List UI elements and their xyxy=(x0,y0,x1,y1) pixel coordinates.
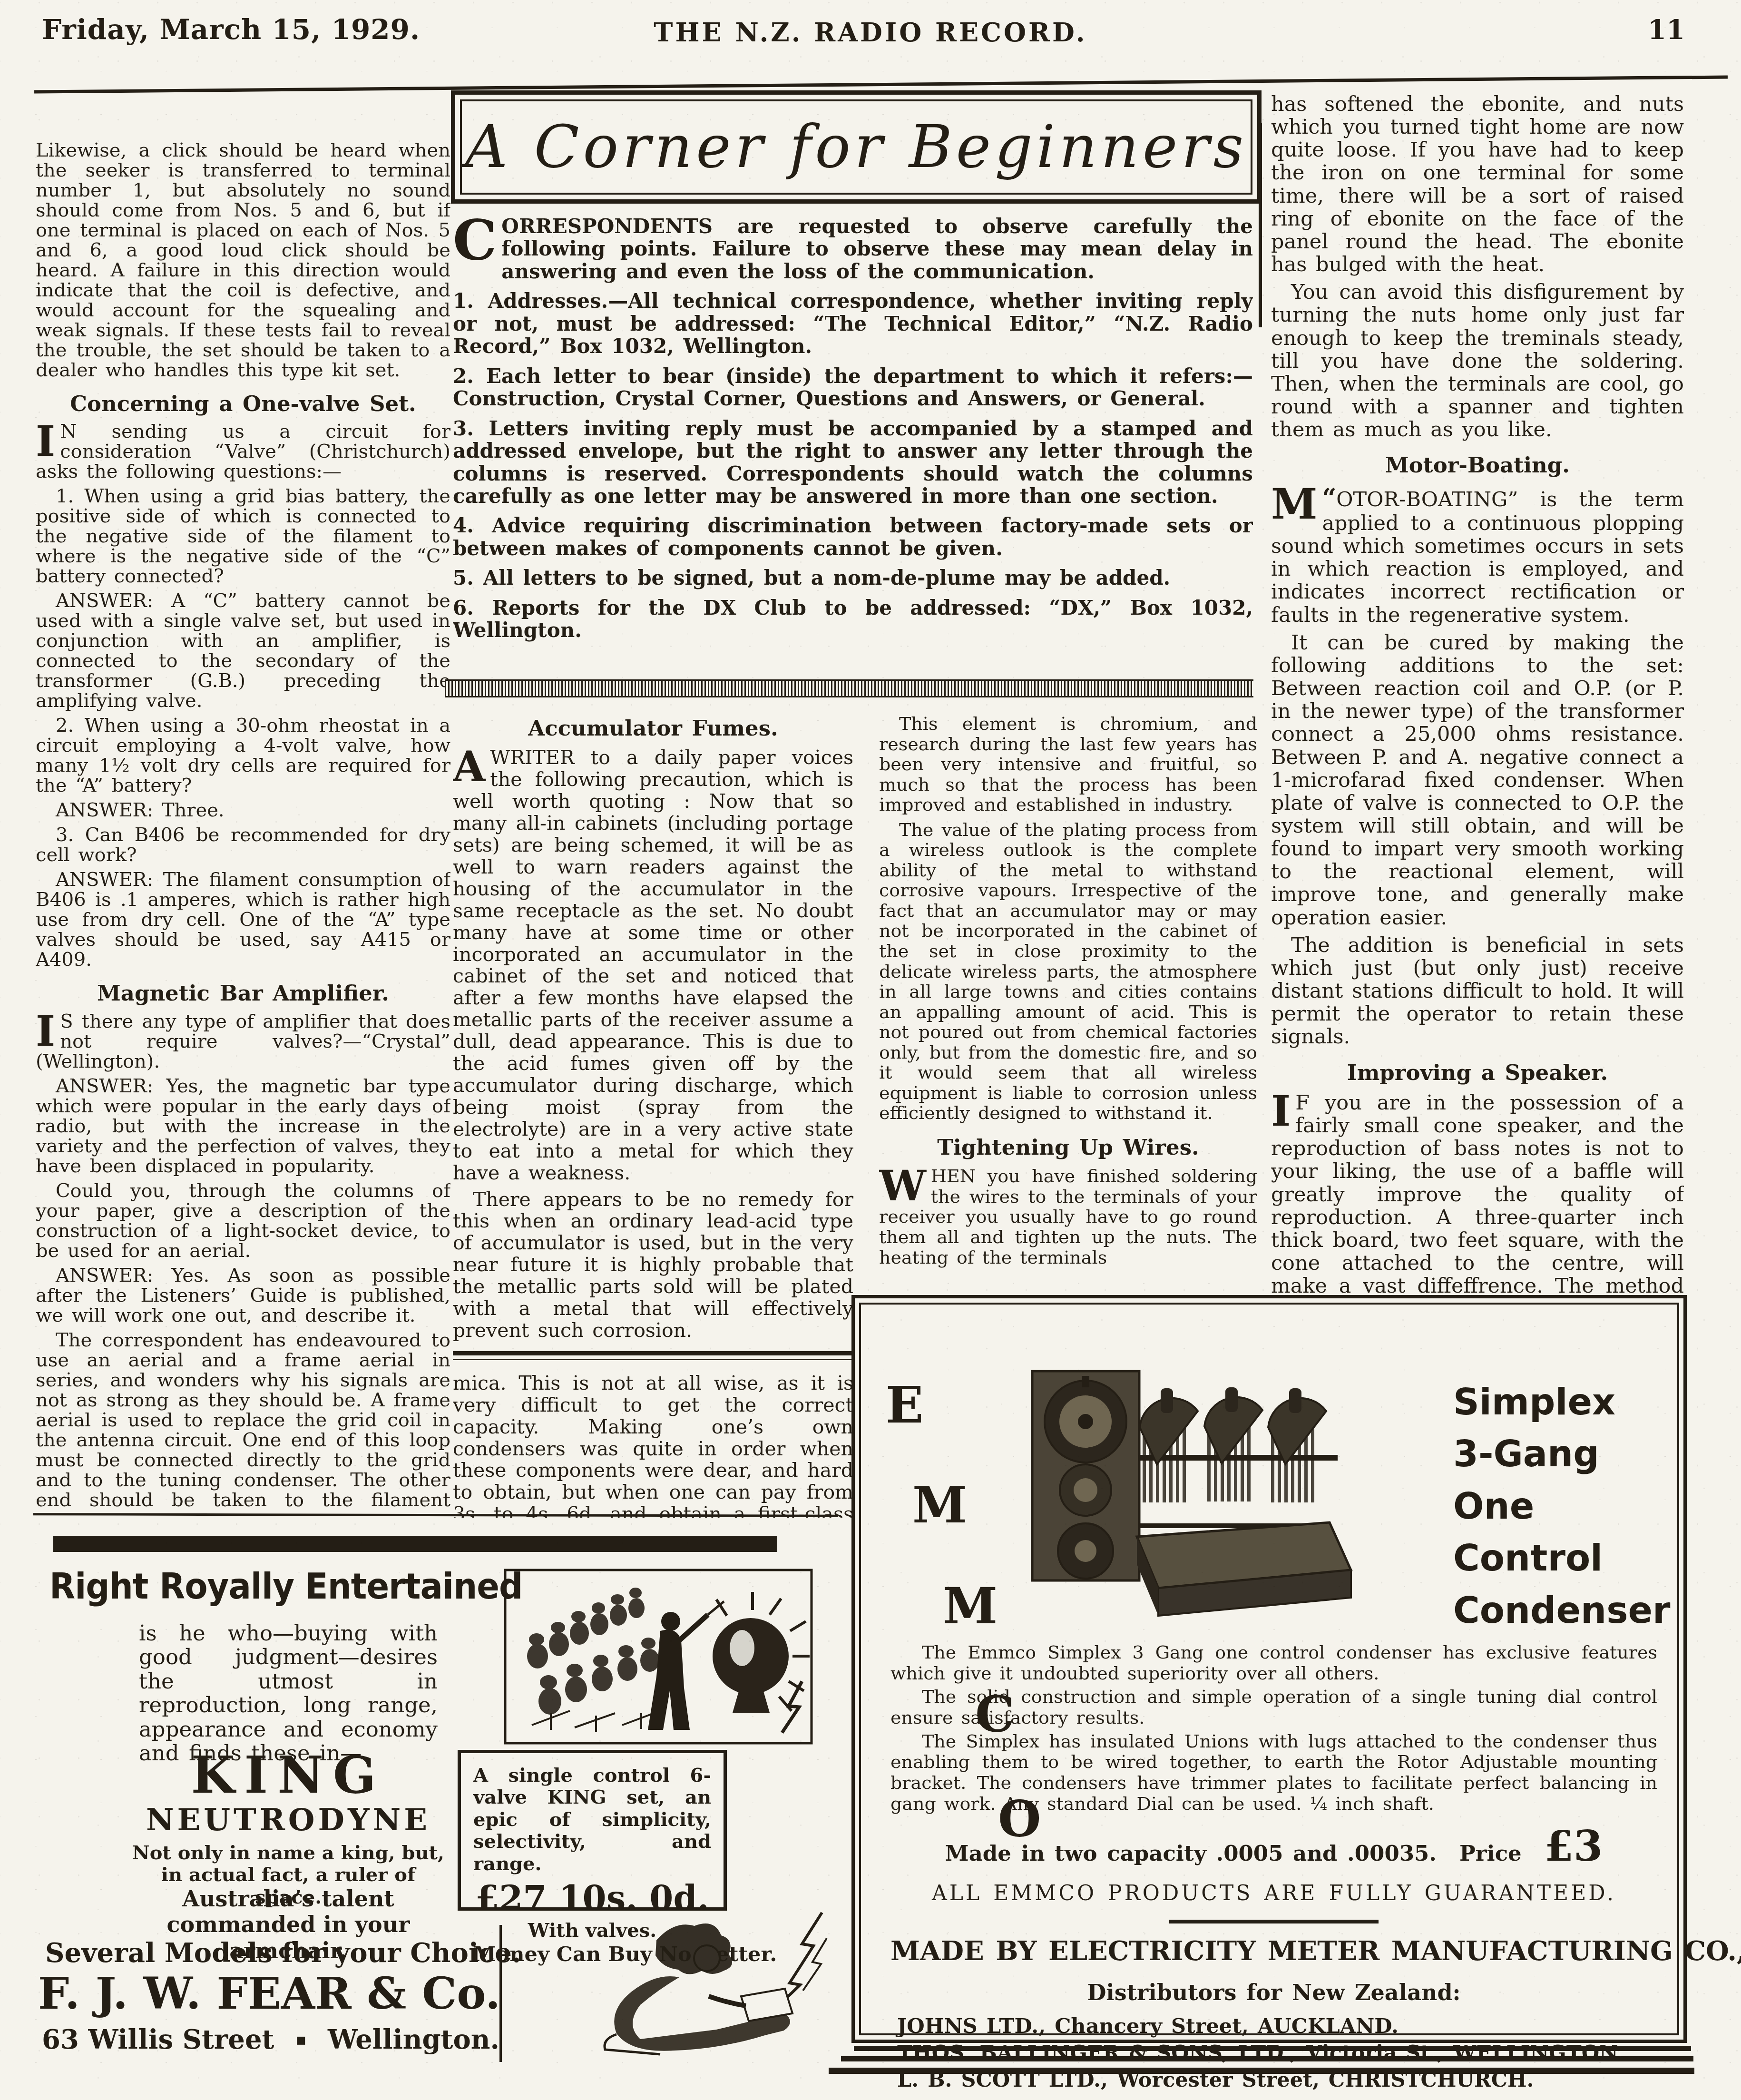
simplex-headline-line: Simplex xyxy=(1453,1376,1682,1428)
paragraph: The value of the plating process from a … xyxy=(879,820,1257,1123)
emmco-letter: M xyxy=(912,1476,967,1534)
notice-lead: CORRESPONDENTS are requested to observe … xyxy=(453,215,1253,283)
simplex-headline-line: Control xyxy=(1453,1532,1682,1584)
ad-vertical-rule xyxy=(499,1925,502,2062)
paragraph: It can be cured by making the following … xyxy=(1271,631,1684,929)
section-heading-one-valve: Concerning a One-valve Set. xyxy=(36,393,450,415)
fear-ad-headline: Right Royally Entertained xyxy=(49,1566,483,1607)
paragraph: IS there any type of amplifier that does… xyxy=(36,1011,450,1071)
address-city: Wellington. xyxy=(328,2024,499,2055)
notice-item: 4. Advice requiring discrimination betwe… xyxy=(453,514,1253,559)
paragraph: 3. Can B406 be recommended for dry cell … xyxy=(36,825,450,865)
king-box-text: A single control 6-valve KING set, an ep… xyxy=(473,1765,711,1875)
corner-title: A Corner for Beginners xyxy=(465,113,1248,181)
radiant-globe xyxy=(713,1592,810,1733)
newspaper-page: { "header": { "date": "Friday, March 15,… xyxy=(0,0,1741,2100)
paragraph-text: S there any type of amplifier that does … xyxy=(36,1011,450,1072)
drop-cap: I xyxy=(1271,1091,1295,1128)
paragraph-text: ORRESPONDENTS are requested to observe c… xyxy=(501,215,1253,283)
paragraph-text: HEN you have finished soldering the wire… xyxy=(879,1166,1257,1267)
paragraph: ANSWER: Three. xyxy=(36,800,450,820)
king-brand: KING xyxy=(139,1745,438,1805)
paragraph: IN sending us a circuit for consideratio… xyxy=(36,422,450,481)
drop-cap: I xyxy=(36,422,60,458)
neutrodyne-brand: NEUTRODYNE xyxy=(139,1802,438,1838)
bottom-rule xyxy=(841,2056,1693,2061)
price-label: Price xyxy=(1459,1841,1522,1866)
paragraph-text: WRITER to a daily paper voices the follo… xyxy=(453,746,853,1184)
armchair-listener-illustration xyxy=(518,1910,829,2060)
distributor-line: THOS. BALLINGER & SONS, LTD., Victoria S… xyxy=(897,2040,1657,2067)
fear-company-name: F. J. W. FEAR & Co. xyxy=(38,1968,500,2019)
emmco-ad-copy: The Emmco Simplex 3 Gang one control con… xyxy=(890,1642,1657,2094)
correspondents-notice: CORRESPONDENTS are requested to observe … xyxy=(453,215,1253,649)
price-value: £3 xyxy=(1545,1822,1603,1870)
notice-item: 5. All letters to be signed, but a nom-d… xyxy=(453,567,1253,589)
emmco-paragraph: The Emmco Simplex 3 Gang one control con… xyxy=(890,1642,1657,1684)
paragraph: WHEN you have finished soldering the wir… xyxy=(879,1166,1257,1267)
simplex-headline-line: One xyxy=(1453,1480,1682,1532)
paragraph: ANSWER: Yes. As soon as possible after t… xyxy=(36,1266,450,1325)
distributors-heading: Distributors for New Zealand: xyxy=(890,1980,1657,2005)
paragraph: IF you are in the possession of a fairly… xyxy=(1271,1091,1684,1311)
right-column: has softened the ebonite, and nuts which… xyxy=(1271,93,1684,1311)
column-rule xyxy=(453,1351,853,1360)
corner-box-inner: A Corner for Beginners xyxy=(460,99,1252,195)
accumulator-fumes-article: Accumulator Fumes. AWRITER to a daily pa… xyxy=(453,714,853,1518)
emmco-ad: E M M C O xyxy=(851,1295,1687,2043)
section-heading-improving-speaker: Improving a Speaker. xyxy=(1271,1061,1684,1085)
simplex-headline: Simplex 3-Gang One Control Condenser xyxy=(1453,1376,1682,1636)
drop-cap: W xyxy=(879,1166,931,1202)
condenser-illustration xyxy=(1018,1365,1356,1638)
conductor-figure xyxy=(648,1601,724,1730)
drop-cap: A xyxy=(453,747,490,783)
ad-divider-bar xyxy=(53,1536,777,1552)
paragraph-text: N sending us a circuit for consideration… xyxy=(36,421,450,482)
distributor-line: JOHNS LTD., Chancery Street, AUCKLAND. xyxy=(897,2013,1657,2040)
paragraph: 1. When using a grid bias battery, the p… xyxy=(36,486,450,586)
simplex-headline-line: Condenser xyxy=(1453,1584,1682,1636)
drop-cap: M xyxy=(1271,484,1322,520)
listener-hair xyxy=(655,1923,732,1974)
notice-item: 6. Reports for the DX Club to be address… xyxy=(453,597,1253,642)
column-vertical-rule xyxy=(1259,123,1262,327)
section-heading-magnetic-bar: Magnetic Bar Amplifier. xyxy=(36,982,450,1004)
fear-address: 63 Willis Street ▪ Wellington. xyxy=(42,2024,499,2055)
address-street: 63 Willis Street xyxy=(42,2024,274,2055)
notice-item: 3. Letters inviting reply must be accomp… xyxy=(453,417,1253,508)
paragraph: The correspondent has endeavoured to use… xyxy=(36,1330,450,1511)
address-separator: ▪ xyxy=(295,2030,306,2049)
emmco-letter: E xyxy=(886,1376,923,1434)
notice-item: 1. Addresses.—All technical corresponden… xyxy=(453,290,1253,357)
price-line: Made in two capacity .0005 and .00035. P… xyxy=(890,1822,1657,1870)
paragraph: “MOTOR-BOATING” is the term applied to a… xyxy=(1271,484,1684,627)
simplex-headline-line: 3-Gang xyxy=(1453,1428,1682,1480)
chromium-article: This element is chromium, and research d… xyxy=(879,714,1257,1272)
guarantee-line: ALL EMMCO PRODUCTS ARE FULLY GUARANTEED. xyxy=(890,1882,1657,1906)
paragraph: ANSWER: The filament consumption of B406… xyxy=(36,870,450,970)
paragraph: has softened the ebonite, and nuts which… xyxy=(1271,93,1684,276)
paragraph: ANSWER: Yes, the magnetic bar type which… xyxy=(36,1076,450,1176)
emmco-letter: M xyxy=(943,1577,998,1635)
paragraph: Likewise, a click should be heard when t… xyxy=(36,140,450,380)
paragraph-text: F you are in the possession of a fairly … xyxy=(1271,1091,1684,1311)
corner-box: A Corner for Beginners xyxy=(451,90,1262,204)
paragraph: There appears to be no remedy for this w… xyxy=(453,1189,853,1342)
king-price-box: A single control 6-valve KING set, an ep… xyxy=(458,1750,727,1911)
page-number: 11 xyxy=(1648,14,1685,46)
section-heading-tightening: Tightening Up Wires. xyxy=(879,1136,1257,1159)
article-continuation: mica. This is not at all wise, as it is … xyxy=(453,1373,853,1518)
masthead-title: THE N.Z. RADIO RECORD. xyxy=(0,17,1741,48)
bottom-rule xyxy=(854,2046,1691,2051)
orchestra-illustration xyxy=(503,1568,813,1745)
short-rule xyxy=(1169,1920,1379,1923)
section-heading-fumes: Accumulator Fumes. xyxy=(453,716,853,740)
vane-group xyxy=(1140,1387,1326,1502)
drop-cap: C xyxy=(453,215,501,263)
paragraph: ANSWER: A “C” battery cannot be used wit… xyxy=(36,591,450,711)
paragraph: 2. When using a 30-ohm rheostat in a cir… xyxy=(36,716,450,795)
bottom-rule xyxy=(829,2068,1694,2074)
quote-mark: “ xyxy=(1322,483,1336,512)
divider-hatch xyxy=(445,679,1253,697)
capacity-text: Made in two capacity .0005 and .00035. xyxy=(945,1841,1437,1866)
emmco-ad-inner: E M M C O xyxy=(859,1303,1679,2035)
paragraph: This element is chromium, and research d… xyxy=(879,714,1257,815)
orchestra-crowd xyxy=(527,1588,659,1715)
notice-item: 2. Each letter to bear (inside) the depa… xyxy=(453,365,1253,410)
emmco-paragraph: The solid construction and simple operat… xyxy=(890,1687,1657,1728)
music-stands xyxy=(532,1711,660,1732)
emmco-paragraph: The Simplex has insulated Unions with lu… xyxy=(890,1731,1657,1815)
paragraph: You can avoid this disfigurement by turn… xyxy=(1271,281,1684,441)
paragraph: AWRITER to a daily paper voices the foll… xyxy=(453,747,853,1184)
fear-ad-models-line: Several Models for your Choice. xyxy=(45,1937,497,1969)
paragraph: Could you, through the columns of your p… xyxy=(36,1181,450,1261)
left-column: Likewise, a click should be heard when t… xyxy=(36,140,450,1511)
distributor-list: JOHNS LTD., Chancery Street, AUCKLAND. T… xyxy=(890,2013,1657,2094)
drop-cap: I xyxy=(36,1011,60,1048)
section-heading-motor-boating: Motor-Boating. xyxy=(1271,453,1684,477)
fear-ad-body: is he who—buying with good judgment—desi… xyxy=(139,1621,438,1765)
paragraph: The addition is beneficial in sets which… xyxy=(1271,934,1684,1049)
manufacturer-line: MADE BY ELECTRICITY METER MANUFACTURING … xyxy=(890,1936,1657,1966)
